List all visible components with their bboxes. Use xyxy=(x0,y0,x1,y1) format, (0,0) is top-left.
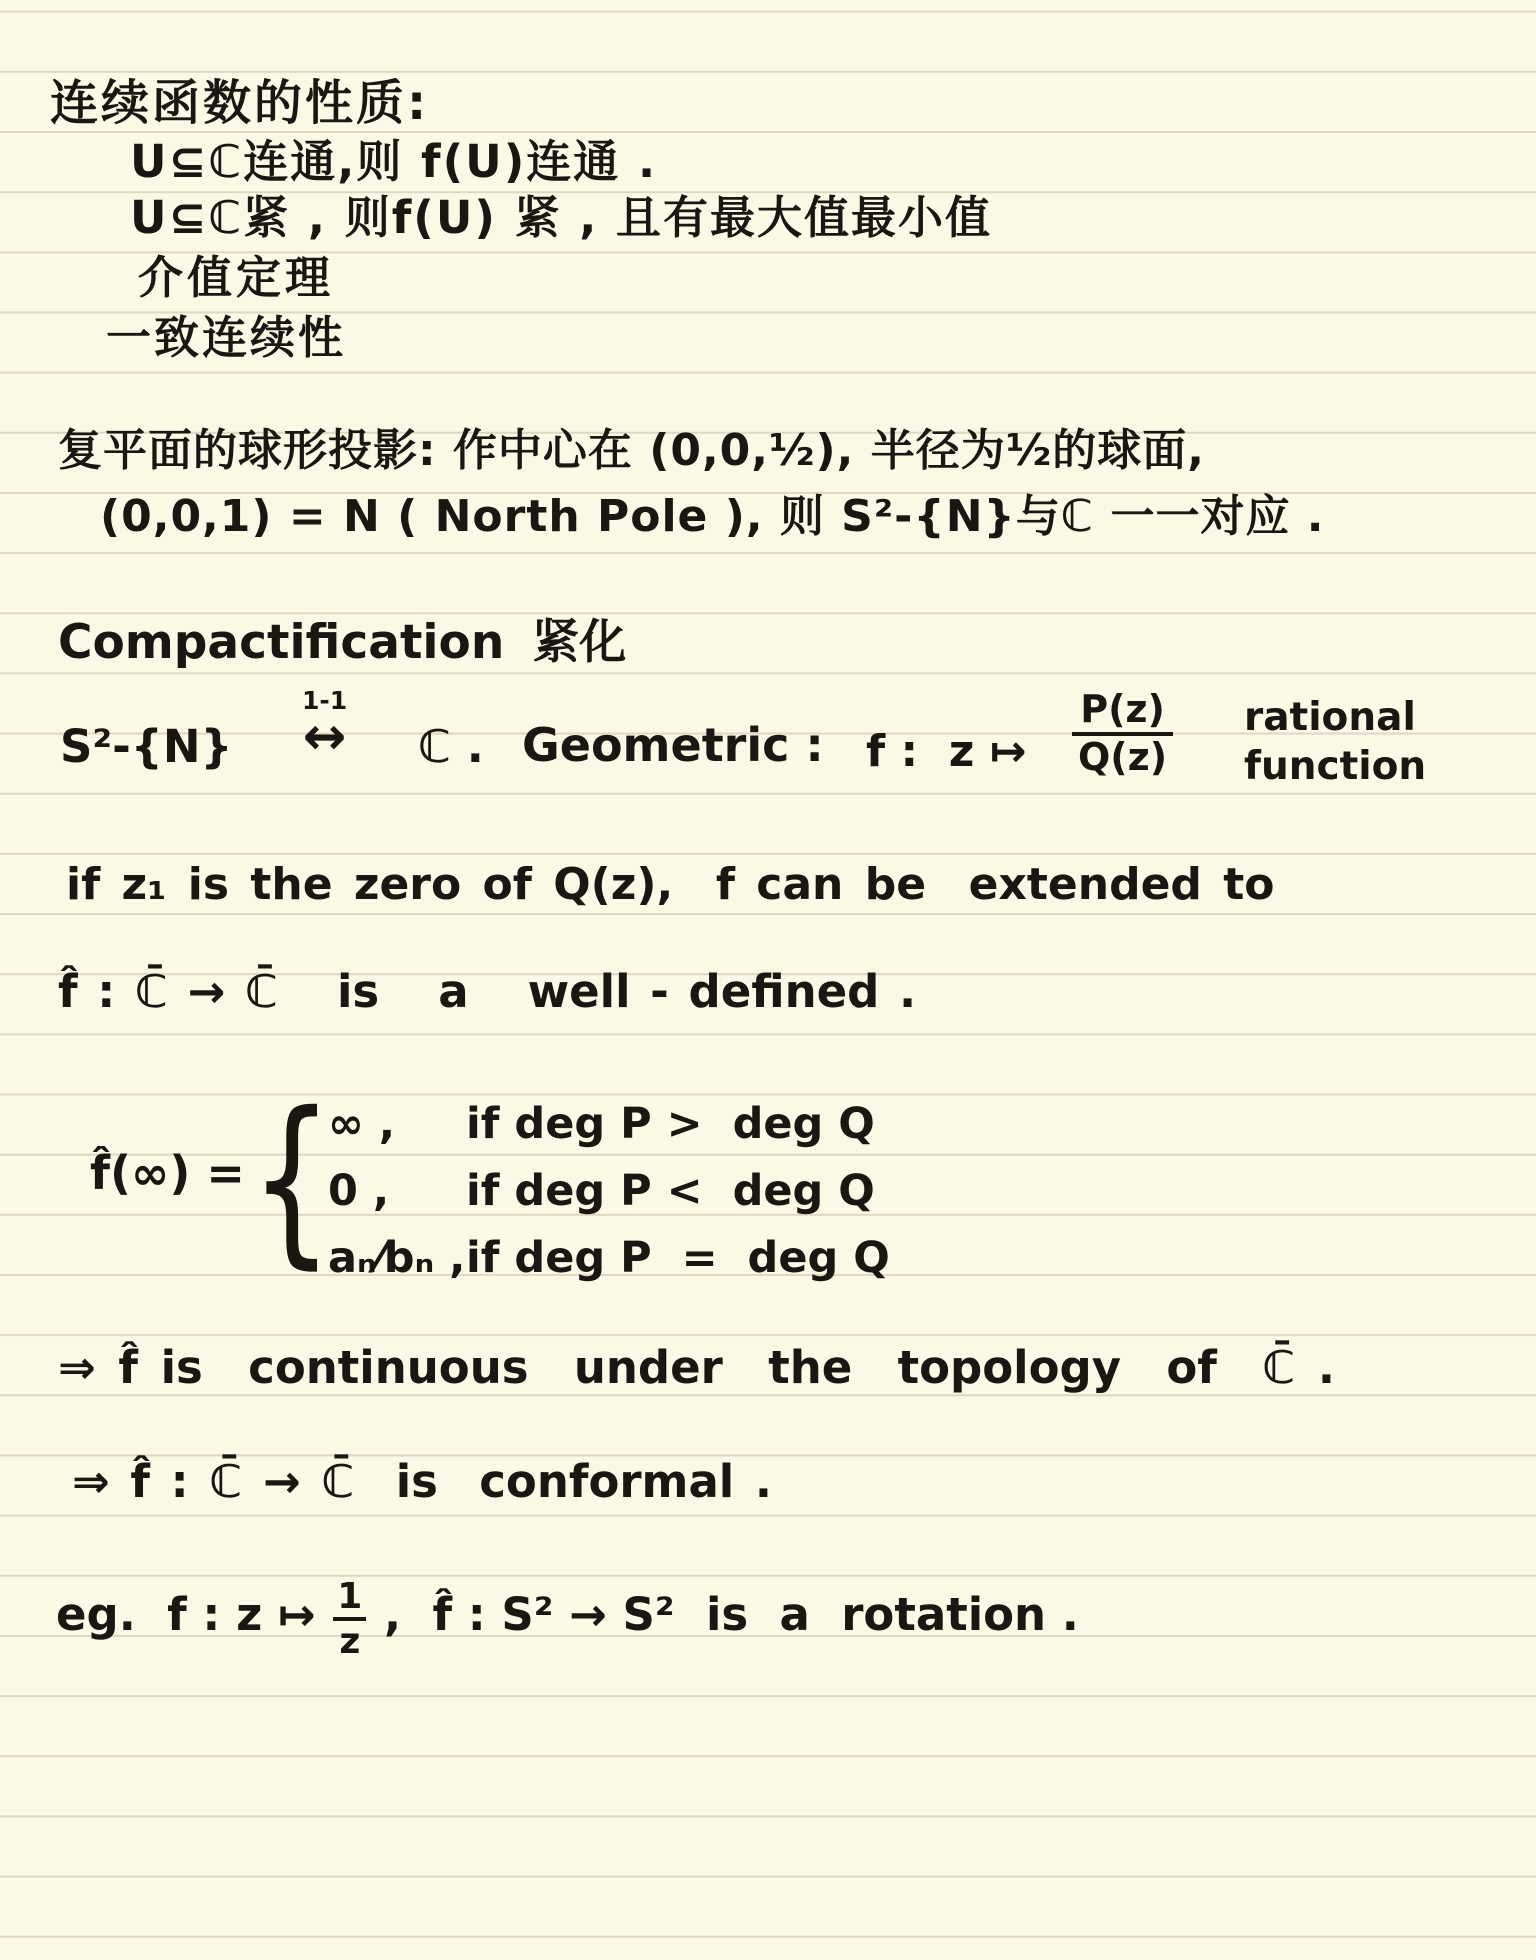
case-condition: if deg P = deg Q xyxy=(466,1233,890,1283)
cases-rows: ∞ , if deg P > deg Q 0 , if deg P < deg … xyxy=(328,1090,890,1291)
projection-line2: (0,0,1) = N ( North Pole ), 则 S²-{N}与ℂ 一… xyxy=(100,492,1325,543)
case-value: 0 , xyxy=(328,1166,466,1216)
geometric-label: Geometric : xyxy=(522,718,824,772)
cases-lhs: f̂(∞) = xyxy=(90,1146,245,1200)
compactification-heading-en: Compactification xyxy=(58,616,504,670)
compactification-heading-zh: 紧化 xyxy=(532,616,626,670)
section1-item-uniform-continuity: 一致连续性 xyxy=(106,312,346,364)
fraction-one-over-z: 1 z xyxy=(331,1576,368,1663)
conclusion-conformal: ⇒ f̂ : ℂ̄ → ℂ̄ is conformal . xyxy=(72,1456,772,1508)
extension-line1: if z₁ is the zero of Q(z), f can be exte… xyxy=(66,860,1275,911)
section1-item-compact: U⊆ℂ紧 , 则f(U) 紧 , 且有最大值最小值 xyxy=(130,192,992,244)
conclusion-continuous: ⇒ f̂ is continuous under the topology of… xyxy=(58,1342,1335,1394)
extension-line2: f̂ : ℂ̄ → ℂ̄ is a well - defined . xyxy=(58,966,916,1018)
example-suffix: , f̂ : S² → S² is a rotation . xyxy=(368,1588,1079,1641)
fraction-numerator: P(z) xyxy=(1074,688,1171,732)
rational-function-label: rational function xyxy=(1244,694,1426,792)
case-condition: if deg P < deg Q xyxy=(466,1166,875,1216)
case-condition: if deg P > deg Q xyxy=(466,1099,875,1149)
rational-map-prefix: f : z ↦ xyxy=(866,726,1027,777)
example-line: eg. f : z ↦ 1 z , f̂ : S² → S² is a rota… xyxy=(56,1576,1079,1663)
f-infinity-cases: f̂(∞) = { ∞ , if deg P > deg Q 0 , if de… xyxy=(0,1088,1536,1303)
section1-item-connected: U⊆ℂ连通,则 f(U)连通 . xyxy=(130,136,657,188)
cases-row-zero: 0 , if deg P < deg Q xyxy=(328,1157,890,1224)
fraction-denominator: Q(z) xyxy=(1072,732,1173,780)
fraction-numerator: 1 xyxy=(331,1576,368,1617)
cases-row-infinity: ∞ , if deg P > deg Q xyxy=(328,1090,890,1157)
double-arrow-icon: ↔ xyxy=(303,711,347,763)
example-prefix: eg. f : z ↦ xyxy=(56,1588,331,1641)
bijection-line: S²-{N} 1-1 ↔ ℂ . Geometric : f : z ↦ P(z… xyxy=(0,702,1536,822)
cases-row-ratio: aₙ⁄bₙ , if deg P = deg Q xyxy=(328,1224,890,1291)
fraction-denominator: z xyxy=(333,1617,366,1662)
fraction-p-over-q: P(z) Q(z) xyxy=(1072,688,1173,779)
cases-brace: { xyxy=(250,1078,333,1282)
case-value: ∞ , xyxy=(328,1099,466,1149)
one-to-one-arrow: 1-1 ↔ xyxy=(302,688,347,763)
compactification-heading: Compactification 紧化 xyxy=(58,616,626,670)
function-word: function xyxy=(1244,743,1426,792)
section1-item-intermediate-value: 介值定理 xyxy=(138,252,334,304)
note-page: { "page": { "bg_color": "#fbf8e6", "rule… xyxy=(0,0,1536,1960)
section1-title: 连续函数的性质: xyxy=(50,76,429,131)
bijection-domain: S²-{N} xyxy=(60,720,233,773)
projection-line1: 复平面的球形投影: 作中心在 (0,0,½), 半径为½的球面, xyxy=(58,426,1205,477)
rational-word: rational xyxy=(1244,694,1426,743)
bijection-codomain: ℂ . xyxy=(418,720,484,773)
case-value: aₙ⁄bₙ , xyxy=(328,1233,466,1283)
